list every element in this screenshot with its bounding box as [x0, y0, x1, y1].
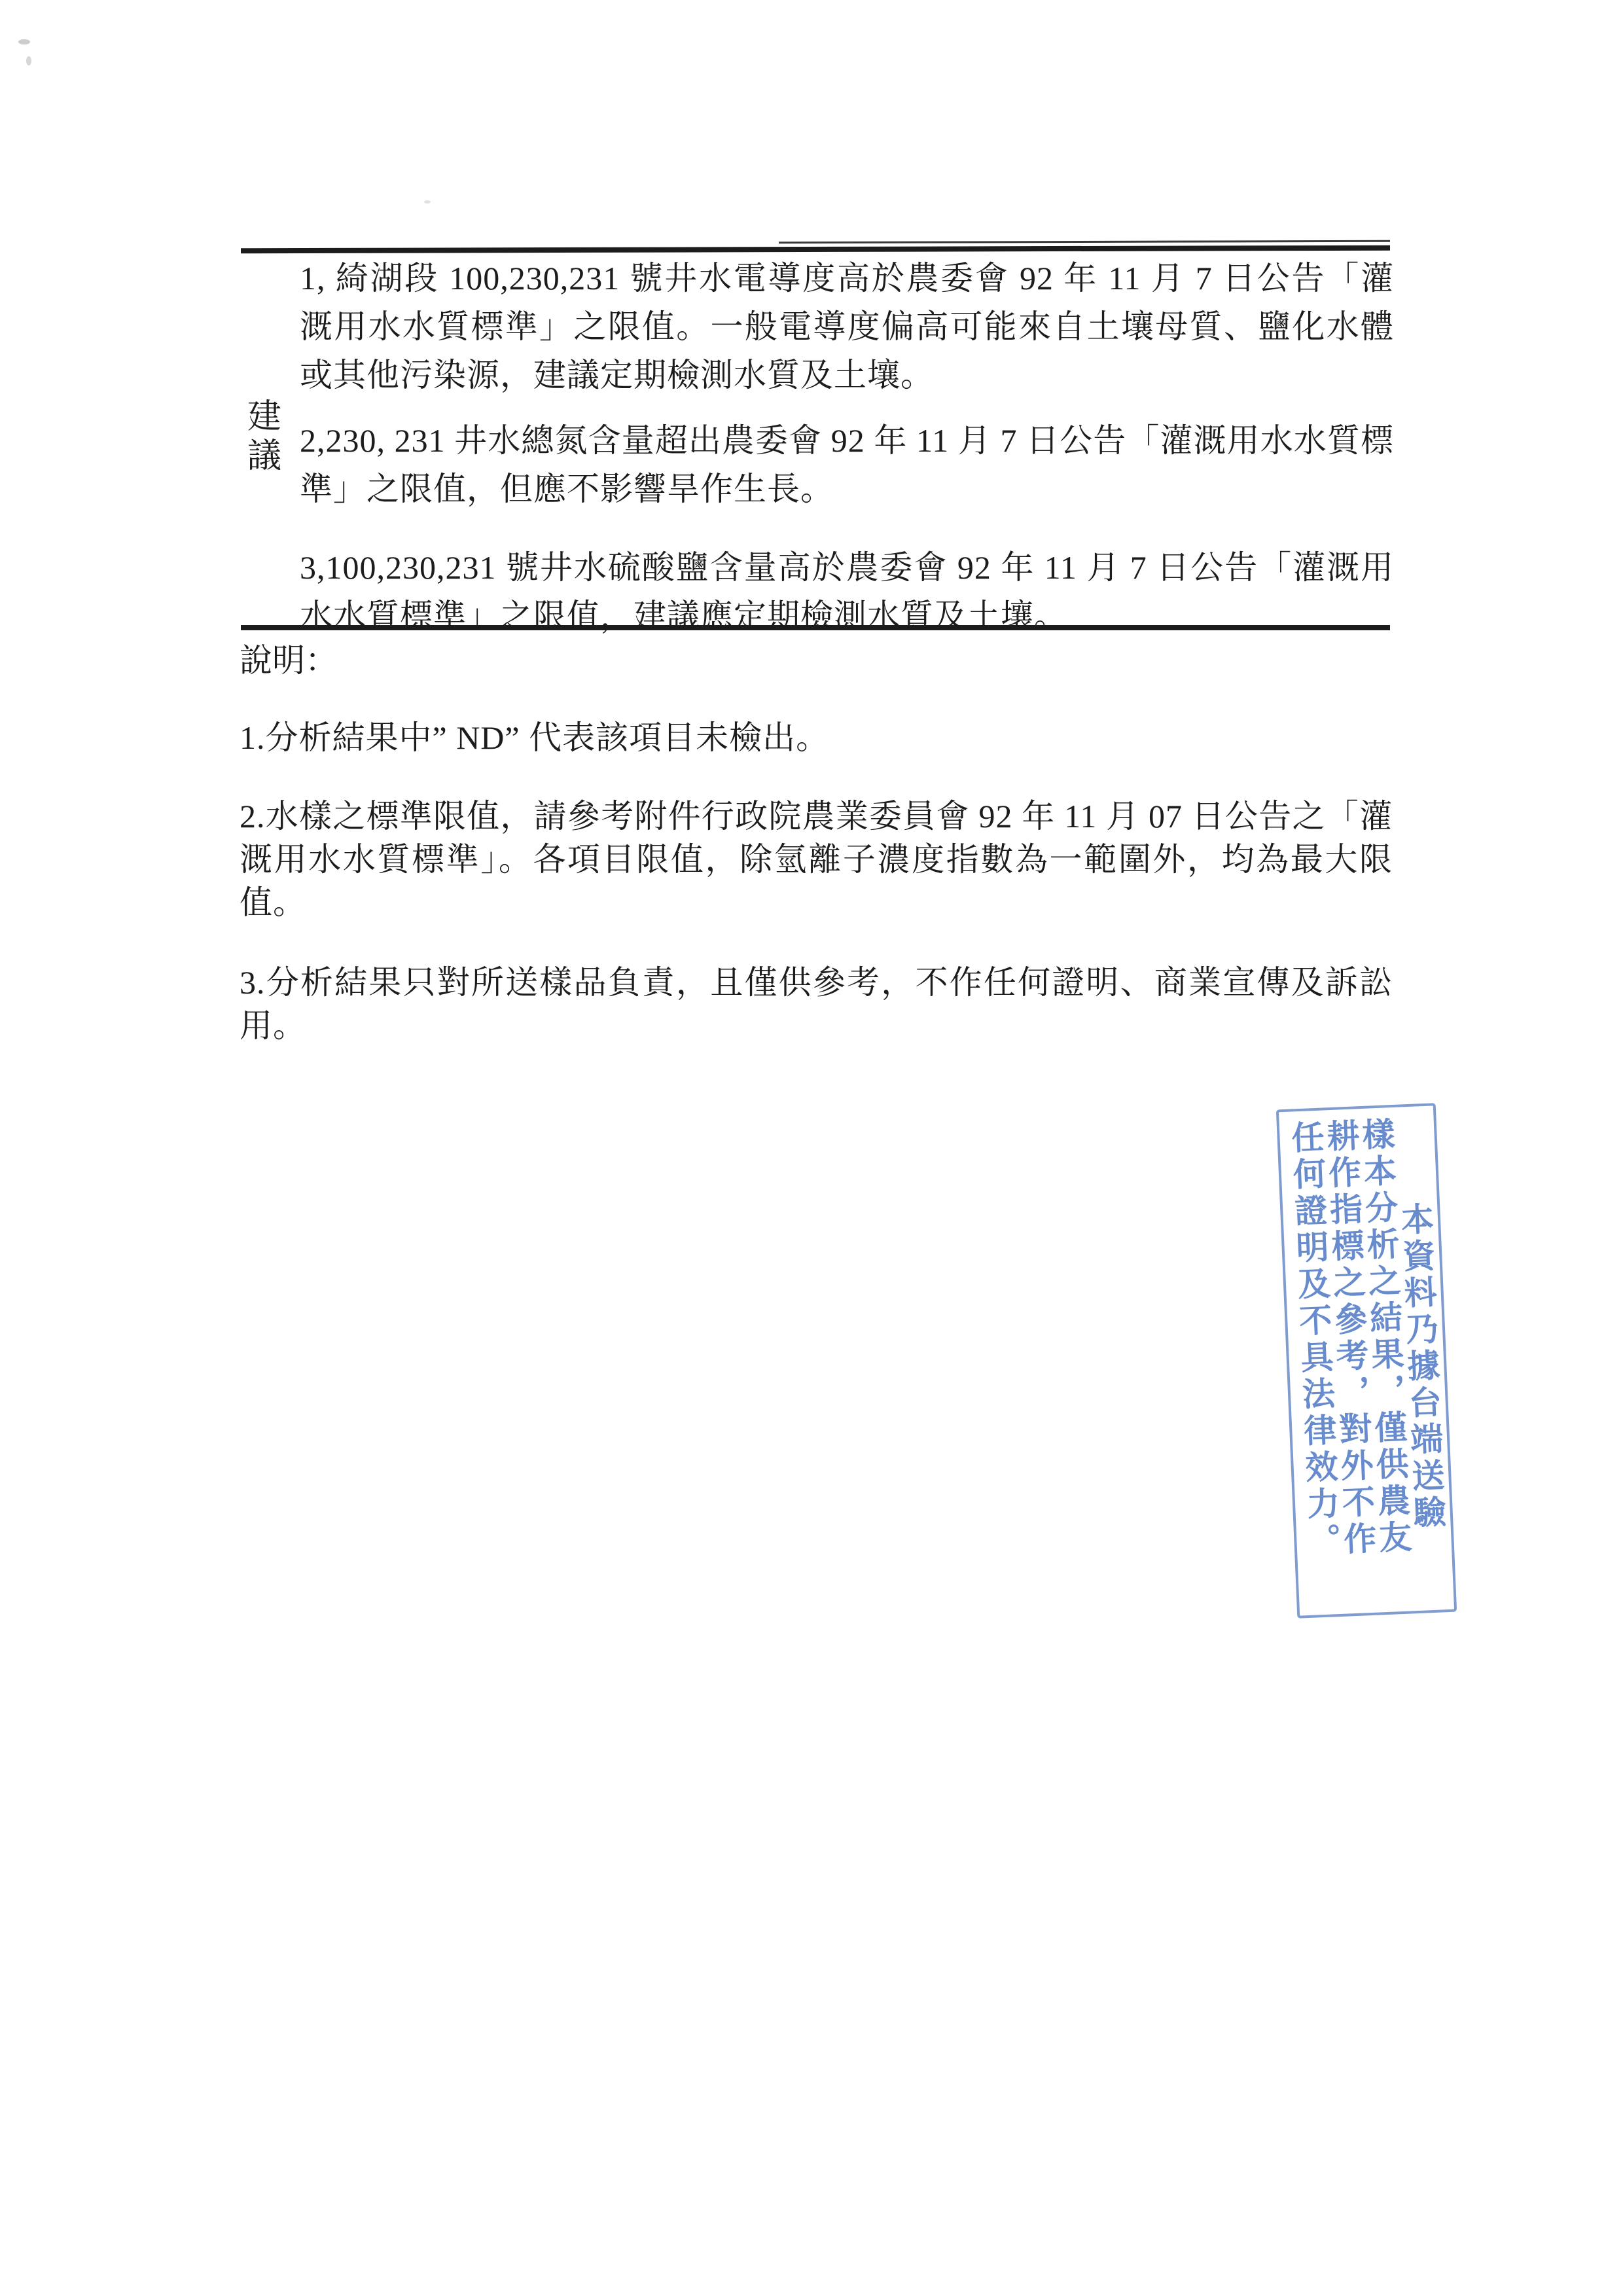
- scan-speck: [424, 200, 431, 204]
- recommendations-section-label: 建議: [247, 398, 285, 476]
- recommendation-item-1: 1, 綺湖段 100,230,231 號井水電導度高於農委會 92 年 11 月…: [300, 254, 1394, 399]
- scan-speck: [18, 39, 30, 45]
- notes-section-heading: 說明：: [240, 639, 338, 682]
- top-rule: [241, 245, 1390, 254]
- section-divider-rule: [241, 625, 1390, 630]
- top-rule-scan-artifact: [779, 240, 1390, 243]
- scanned-report-page: 建議 1, 綺湖段 100,230,231 號井水電導度高於農委會 92 年 1…: [0, 0, 1623, 2296]
- recommendation-item-2: 2,230, 231 井水總氮含量超出農委會 92 年 11 月 7 日公告「灌…: [300, 416, 1394, 513]
- note-item-3: 3.分析結果只對所送樣品負責，且僅供參考，不作任何證明、商業宣傳及訴訟用。: [240, 961, 1393, 1047]
- scan-speck: [26, 56, 31, 65]
- note-item-1: 1.分析結果中” ND” 代表該項目未檢出。: [240, 716, 1393, 759]
- note-item-2: 2.水樣之標準限值，請參考附件行政院農業委員會 92 年 11 月 07 日公告…: [240, 795, 1393, 924]
- disclaimer-stamp: 本資料乃據台端送驗 樣本分析之結果，僅供農友 耕作指標之參考，對外不作 任何證明…: [1276, 1103, 1457, 1619]
